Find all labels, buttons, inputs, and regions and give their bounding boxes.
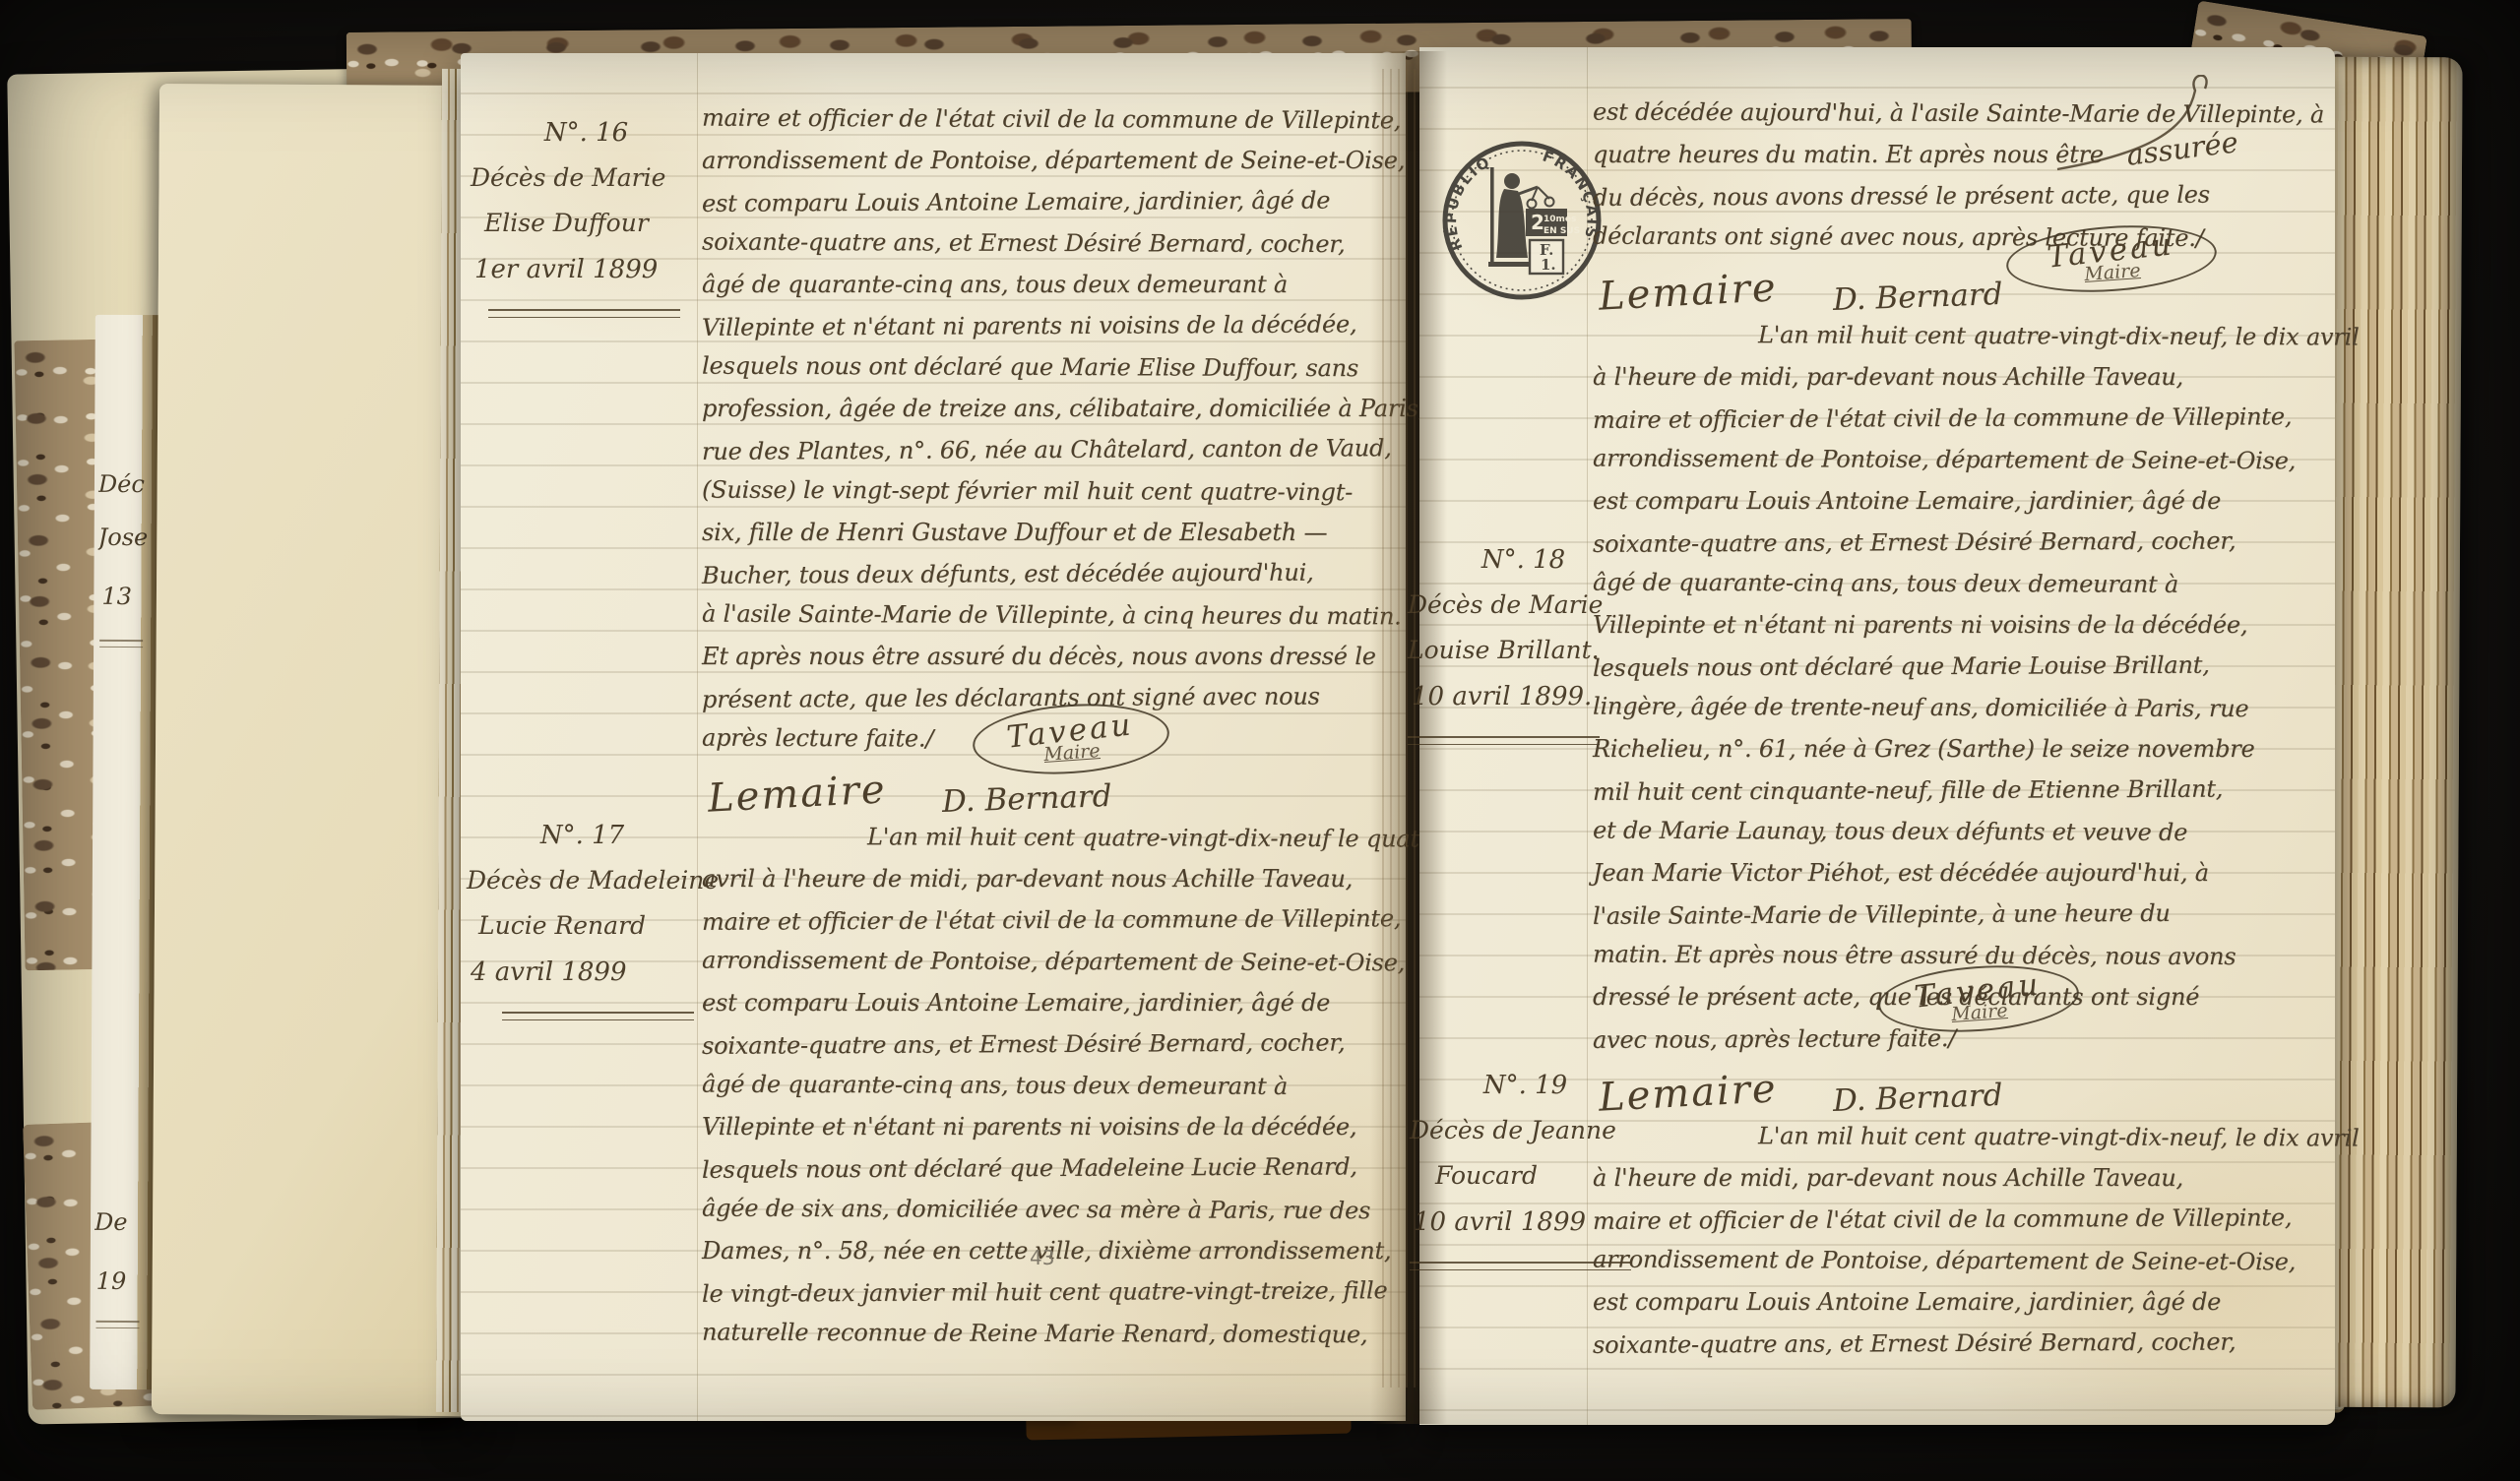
manuscript-line: Richelieu, n°. 61, née à Grez (Sarthe) l… (1593, 728, 2321, 770)
signature-lemaire: Lemaire (1598, 1066, 1779, 1120)
manuscript-line: avril à l'heure de midi, par-devant nous… (702, 858, 1407, 899)
manuscript-line: soixante-quatre ans, et Ernest Désiré Be… (702, 221, 1407, 266)
margin-underline (488, 309, 680, 318)
manuscript-line: est comparu Louis Antoine Lemaire, jardi… (1593, 480, 2321, 522)
margin-fragment: 13 (101, 583, 153, 610)
act-title-line: Décès de Madeleine (467, 858, 698, 903)
signature-bernard: D. Bernard (1832, 277, 2003, 318)
margin-entry-act17: N°. 17 Décès de Madeleine Lucie Renard 4… (467, 813, 698, 1020)
manuscript-line: à l'asile Sainte-Marie de Villepinte, à … (702, 593, 1407, 638)
manuscript-line: L'an mil huit cent quatre-vingt-dix-neuf… (1593, 1115, 2321, 1159)
act-title-line: Lucie Renard (467, 903, 698, 949)
margin-fragment: 19 (96, 1267, 148, 1295)
act-number: N°. 17 (467, 813, 698, 858)
signature-title-maire: Maire (2084, 262, 2141, 283)
stamp-value-box: 2 10mes EN SUS (1526, 209, 1580, 236)
manuscript-line: âgé de quarante-cinq ans, tous deux deme… (1593, 562, 2321, 606)
manuscript-line: L'an mil huit cent quatre-vingt-dix-neuf… (1593, 314, 2321, 358)
stamp-arc-text-left: RÉPUBLIQUE (1439, 138, 1494, 253)
manuscript-line: profession, âgée de treize ans, célibata… (702, 388, 1407, 429)
manuscript-line: à l'heure de midi, par-devant nous Achil… (1593, 1157, 2321, 1199)
left-page: N°. 16 Décès de Marie Elise Duffour 1er … (461, 53, 1406, 1421)
manuscript-line: L'an mil huit cent quatre-vingt-dix-neuf… (702, 816, 1407, 860)
pencil-page-number: 43 (1030, 1246, 1054, 1269)
manuscript-line: arrondissement de Pontoise, département … (702, 940, 1407, 984)
republique-francaise-revenue-stamp: RÉPUBLIQUE FRANÇAISE 2 10mes EN SUS (1439, 138, 1605, 303)
margin-fragment: Déc (98, 470, 150, 498)
act-title-line: Elise Duffour (471, 201, 702, 246)
manuscript-line: est comparu Louis Antoine Lemaire, jardi… (702, 982, 1407, 1023)
svg-text:RÉPUBLIQUE: RÉPUBLIQUE (1439, 138, 1494, 253)
manuscript-line: âgé de quarante-cinq ans, tous deux deme… (702, 264, 1407, 305)
manuscript-line: soixante-quatre ans, et Ernest Désiré Be… (1593, 1321, 2321, 1366)
manuscript-line: lesquels nous ont déclaré que Marie Loui… (1593, 644, 2321, 689)
stamp-value-sup: 10mes (1543, 215, 1576, 224)
manuscript-line: maire et officier de l'état civil de la … (1593, 396, 2321, 441)
margin-fragment: Jose (98, 524, 150, 551)
manuscript-line: l'asile Sainte-Marie de Villepinte, à un… (1593, 892, 2321, 937)
manuscript-line: et de Marie Launay, tous deux défunts et… (1593, 810, 2321, 854)
signature-title-maire: Maire (1043, 742, 1101, 764)
act19-body: L'an mil huit cent quatre-vingt-dix-neuf… (1593, 1116, 2321, 1364)
manuscript-line: Villepinte et n'étant ni parents ni vois… (702, 1106, 1407, 1147)
manuscript-line: le vingt-deux janvier mil huit cent quat… (702, 1269, 1407, 1315)
manuscript-line: Jean Marie Victor Piéhot, est décédée au… (1593, 852, 2321, 894)
manuscript-line: âgé de quarante-cinq ans, tous deux deme… (702, 1064, 1407, 1108)
signature-lemaire: Lemaire (707, 767, 888, 821)
margin-underline (502, 1012, 694, 1020)
manuscript-line: maire et officier de l'état civil de la … (702, 97, 1407, 142)
manuscript-line: maire et officier de l'état civil de la … (1593, 1197, 2321, 1242)
signature-lemaire: Lemaire (1598, 265, 1779, 319)
manuscript-line: six, fille de Henri Gustave Duffour et d… (702, 512, 1407, 553)
stamp-franc-box: F. 1. (1530, 240, 1563, 274)
manuscript-line: lesquels nous ont déclaré que Madeleine … (702, 1145, 1407, 1191)
manuscript-line: arrondissement de Pontoise, département … (1593, 438, 2321, 482)
stamp-value-label: EN SUS (1543, 226, 1580, 236)
manuscript-line: maire et officier de l'état civil de la … (702, 897, 1407, 943)
stamp-value: 2 (1531, 211, 1544, 234)
margin-underline (1408, 736, 1600, 745)
manuscript-line: Villepinte et n'étant ni parents ni vois… (1593, 604, 2321, 646)
manuscript-line: Et après nous être assuré du décès, nous… (702, 636, 1407, 677)
right-page: RÉPUBLIQUE FRANÇAISE 2 10mes EN SUS (1419, 47, 2335, 1425)
act18-body: L'an mil huit cent quatre-vingt-dix-neuf… (1593, 315, 2321, 1059)
manuscript-line: lesquels nous ont déclaré que Marie Elis… (702, 345, 1407, 390)
manuscript-line: rue des Plantes, n°. 66, née au Châtelar… (702, 427, 1407, 472)
insertion-flourish (2040, 75, 2227, 203)
act-date: 1er avril 1899 (471, 246, 702, 293)
margin-entry-act16: N°. 16 Décès de Marie Elise Duffour 1er … (471, 110, 702, 318)
signature-bernard: D. Bernard (1832, 1078, 2003, 1119)
signature-bernard: D. Bernard (941, 778, 1112, 820)
manuscript-line: lingère, âgée de trente-neuf ans, domici… (1593, 686, 2321, 730)
manuscript-line: âgée de six ans, domiciliée avec sa mère… (702, 1188, 1407, 1232)
manuscript-line: à l'heure de midi, par-devant nous Achil… (1593, 356, 2321, 398)
blank-verso-page (152, 84, 472, 1416)
manuscript-line: (Suisse) le vingt-sept février mil huit … (702, 469, 1407, 514)
manuscript-line: arrondissement de Pontoise, département … (702, 140, 1407, 181)
margin-fragment-rule (95, 1321, 139, 1328)
act-date: 4 avril 1899 (467, 949, 698, 996)
margin-fragment-rule (99, 640, 143, 648)
manuscript-line: est comparu Louis Antoine Lemaire, jardi… (1593, 1281, 2321, 1323)
margin-fragment: De (94, 1208, 146, 1236)
manuscript-line: soixante-quatre ans, et Ernest Désiré Be… (702, 1021, 1407, 1067)
register-photo: Déc Jose 13 De 19 N°. 16 Décès de Marie … (0, 0, 2520, 1481)
manuscript-line: Bucher, tous deux défunts, est décédée a… (702, 551, 1407, 596)
right-page-text-column: est décédée aujourd'hui, à l'asile Saint… (1593, 93, 2321, 1364)
act17-body: L'an mil huit cent quatre-vingt-dix-neuf… (702, 817, 1407, 1354)
manuscript-line: mil huit cent cinquante-neuf, fille de E… (1593, 768, 2321, 813)
manuscript-line: naturelle reconnue de Reine Marie Renard… (702, 1312, 1407, 1356)
act-number: N°. 16 (471, 110, 702, 155)
manuscript-line: soixante-quatre ans, et Ernest Désiré Be… (1593, 520, 2321, 565)
act16-body: maire et officier de l'état civil de la … (702, 98, 1407, 760)
manuscript-line: Villepinte et n'étant ni parents ni vois… (702, 303, 1407, 348)
signature-row: Lemaire D. Bernard (1593, 1059, 2321, 1116)
signature-row: Lemaire D. Bernard (1593, 258, 2321, 315)
stamp-denom-bottom: 1. (1541, 256, 1556, 274)
act-title-line: Décès de Marie (471, 155, 702, 201)
signature-title-maire: Maire (1951, 1002, 2008, 1023)
manuscript-line: arrondissement de Pontoise, département … (1593, 1239, 2321, 1283)
manuscript-line: est comparu Louis Antoine Lemaire, jardi… (702, 179, 1407, 224)
